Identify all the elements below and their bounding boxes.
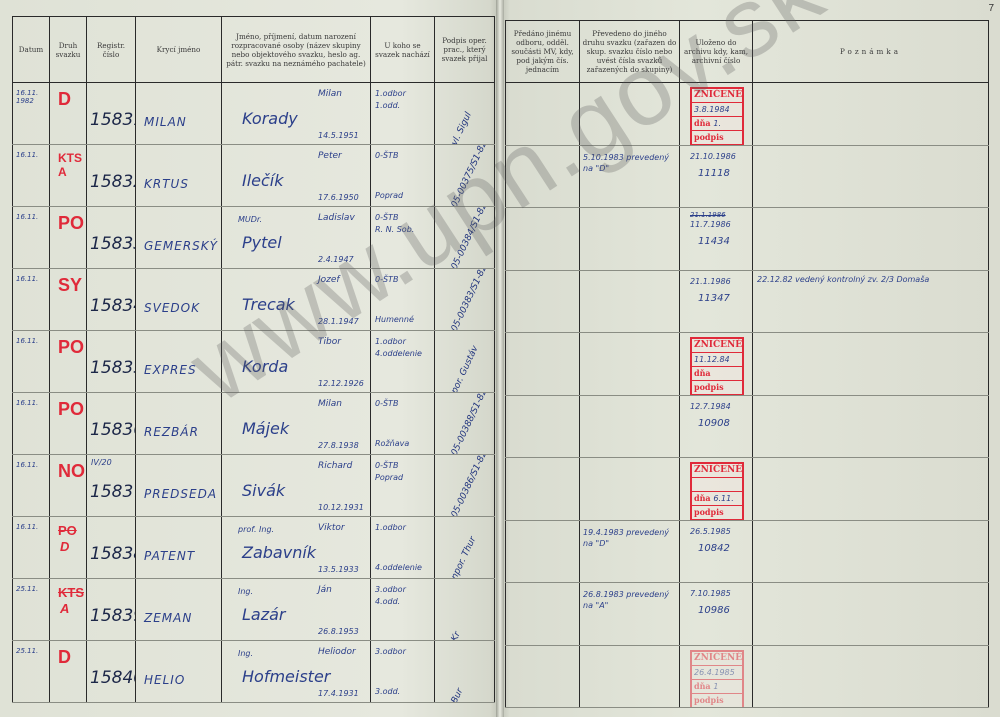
holder-location: 4.oddelenie [375, 349, 422, 358]
entry-date: 25.11. [16, 585, 48, 593]
holder-location: 4.odd. [375, 597, 400, 606]
reg-note: IV/20 [91, 458, 112, 467]
stamp-day-value: 1. [713, 119, 721, 128]
converted-info: 5.10.1983 prevedený na "D" [583, 152, 677, 174]
entry-date: 16.11. [16, 523, 48, 531]
archive-date: 21.1.1986 [690, 277, 731, 286]
holder-unit: 3.odbor [375, 647, 406, 656]
holder-unit: 1.odbor [375, 523, 406, 532]
stamp-day-label: dňa [694, 368, 711, 378]
holder-unit: 3.odbor [375, 585, 406, 594]
table-row: 16.11. SY 15834 SVEDOK Jozef Trecak 28.1… [13, 269, 495, 331]
cover-name: MILAN [144, 115, 187, 129]
officer-signature: 05-00388/S1-82 [450, 399, 484, 455]
archive-number: 10842 [698, 543, 730, 554]
holder-location: 4.oddelenie [375, 563, 422, 572]
officer-signature: 05-00386/S1-82 [450, 461, 484, 517]
archive-date: 21.10.1986 [690, 152, 736, 161]
table-row: 25.11. KTS A 15839 ZEMAN Ing. Ján Lazár … [13, 579, 495, 641]
person-surname: Sivák [242, 481, 285, 500]
person-surname: Lazár [242, 605, 286, 624]
table-row: 16.11. PO 15833 GEMERSKÝ MUDr. Ladislav … [13, 207, 495, 269]
cover-name: SVEDOK [144, 301, 200, 315]
person-birth-date: 27.8.1938 [318, 441, 359, 450]
officer-signature: por. Gustáv [450, 337, 484, 393]
holder-location: 3.odd. [375, 687, 400, 696]
person-title: MUDr. [238, 215, 262, 224]
type-code: D [58, 647, 71, 668]
archive-date: 7.10.1985 [690, 589, 731, 598]
header-type: Druh svazku [50, 17, 87, 83]
stamp-title: ZNIČENÉ [692, 652, 742, 666]
holder-unit: 1.odbor [375, 337, 406, 346]
reg-number: 15839 [90, 606, 136, 626]
table-row: 21.1.1986 11.7.1986 11434 [506, 208, 989, 271]
destroyed-stamp: ZNIČENÉ dňa 6.11. podpis [690, 462, 744, 520]
person-first-name: Heliodor [318, 647, 356, 657]
converted-info: 19.4.1983 prevedený na "D" [583, 527, 677, 549]
cover-name: REZBÁR [144, 425, 199, 439]
type-code-new: D [60, 539, 69, 554]
stamp-sign-label: podpis [692, 506, 742, 519]
entry-date: 16.11. [16, 213, 48, 221]
officer-signature: Bur [450, 647, 484, 703]
officer-signature: 05-00375/S1-82 [450, 151, 484, 207]
officer-signature: 05-00384/S1-82 [450, 213, 484, 269]
stamp-sign-label: podpis [692, 381, 742, 394]
stamp-sign-label: podpis [692, 131, 742, 144]
officer-signature: Kr [450, 585, 484, 641]
table-row: 16.11. PO D 15838 PATENT prof. Ing. Vikt… [13, 517, 495, 579]
header-signature: Podpis oper. prac., který svazek přijal [435, 17, 495, 83]
type-code: KTS A [58, 151, 86, 179]
table-row: 26.8.1983 prevedený na "A" 7.10.1985 109… [506, 583, 989, 646]
reg-number: 15831 [90, 110, 136, 130]
holder-location: Humenné [375, 315, 414, 324]
table-row: 16.11. KTS A 15832 KRTUS Peter Ilečík 17… [13, 145, 495, 207]
type-code-struck: PO [58, 523, 77, 538]
note-text: 22.12.82 vedený kontrolný zv. 2/3 Domaša [757, 275, 929, 284]
stamp-title: ZNIČENÉ [692, 464, 742, 478]
person-first-name: Milan [318, 89, 342, 99]
cover-name: PATENT [144, 549, 195, 563]
entry-date: 16.11. [16, 151, 48, 159]
table-row: 16.11. PO 15835 EXPRES Tibor Korda 12.12… [13, 331, 495, 393]
table-row: 12.7.1984 10908 [506, 395, 989, 458]
holder-unit: 0-ŠTB [375, 151, 398, 160]
stamp-day-label: dňa [694, 681, 711, 691]
person-first-name: Jozef [318, 275, 340, 285]
person-surname: Hofmeister [242, 667, 330, 686]
entry-date: 16.11. [16, 337, 48, 345]
reg-number: 15838 [90, 544, 136, 564]
holder-location: R. N. Sob. [375, 225, 414, 234]
entry-date: 16.11. 1982 [16, 89, 48, 105]
header-person: Jméno, příjmení, datum narození rozpraco… [222, 17, 371, 83]
person-birth-date: 28.1.1947 [318, 317, 359, 326]
archive-date-struck: 21.1.1986 [690, 211, 726, 219]
cover-name: ZEMAN [144, 611, 192, 625]
person-birth-date: 13.5.1933 [318, 565, 359, 574]
reg-number: 15833 [90, 234, 136, 254]
header-archived: Uloženo do archivu kdy, kam, archivní čí… [680, 21, 753, 83]
header-holder: U koho se svazek nachází [371, 17, 435, 83]
holder-unit: 1.odbor [375, 89, 406, 98]
book-gutter [496, 0, 504, 717]
holder-location: 1.odd. [375, 101, 400, 110]
table-row: 25.11. D 15840 HELIO Ing. Heliodor Hofme… [13, 641, 495, 703]
type-code-new: A [60, 601, 69, 616]
reg-number: 15834 [90, 296, 136, 316]
table-row: 16.11. NO IV/20 15837 PREDSEDA Richard S… [13, 455, 495, 517]
entry-date: 16.11. [16, 461, 48, 469]
destroyed-stamp: ZNIČENÉ 11.12.84 dňa podpis [690, 337, 744, 395]
archive-date: 12.7.1984 [690, 402, 731, 411]
cover-name: EXPRES [144, 363, 197, 377]
reg-number: 15832 [90, 172, 136, 192]
type-code: SY [58, 275, 82, 296]
reg-number: 15836 [90, 420, 136, 440]
cover-name: KRTUS [144, 177, 189, 191]
person-surname: Trecak [242, 295, 295, 314]
type-code: PO [58, 213, 84, 234]
header-note: Poznámka [753, 21, 989, 83]
holder-unit: 0-ŠTB [375, 461, 398, 470]
person-first-name: Tibor [318, 337, 341, 347]
type-code-struck: KTS [58, 585, 84, 600]
person-first-name: Viktor [318, 523, 345, 533]
left-page-register-table: Datum Druh svazku Registr. číslo Krycí j… [12, 16, 495, 703]
person-birth-date: 17.6.1950 [318, 193, 359, 202]
stamp-sign-label: podpis [692, 694, 742, 707]
stamp-day-label: dňa [694, 493, 711, 503]
table-row: ZNIČENÉ dňa 6.11. podpis [506, 458, 989, 521]
type-code: D [58, 89, 71, 110]
person-first-name: Richard [318, 461, 352, 471]
entry-date: 16.11. [16, 275, 48, 283]
table-row: 16.11. PO 15836 REZBÁR Milan Májek 27.8.… [13, 393, 495, 455]
person-surname: Ilečík [242, 171, 284, 190]
table-row: 21.1.1986 11347 22.12.82 vedený kontroln… [506, 270, 989, 333]
person-birth-date: 10.12.1931 [318, 503, 364, 512]
person-birth-date: 26.8.1953 [318, 627, 359, 636]
header-date: Datum [13, 17, 50, 83]
person-first-name: Ján [318, 585, 332, 595]
stamp-date: 26.4.1985 [692, 666, 742, 680]
stamp-date [692, 478, 742, 492]
cover-name: HELIO [144, 673, 185, 687]
person-title: Ing. [238, 649, 253, 658]
person-birth-date: 2.4.1947 [318, 255, 354, 264]
archive-number: 11347 [698, 293, 730, 304]
person-birth-date: 14.5.1951 [318, 131, 359, 140]
holder-unit: 0-ŠTB [375, 275, 398, 284]
person-surname: Korady [242, 109, 298, 128]
person-birth-date: 12.12.1926 [318, 379, 364, 388]
table-row: 19.4.1983 prevedený na "D" 26.5.1985 108… [506, 520, 989, 583]
stamp-date: 11.12.84 [692, 353, 742, 367]
person-title: Ing. [238, 587, 253, 596]
table-row: ZNIČENÉ 3.8.1984 dňa 1. podpis [506, 83, 989, 146]
person-first-name: Ladislav [318, 213, 355, 223]
holder-location: Rožňava [375, 439, 409, 448]
officer-signature: npor. Thur [450, 523, 484, 579]
cover-name: PREDSEDA [144, 487, 217, 501]
stamp-title: ZNIČENÉ [692, 89, 742, 103]
reg-number: 15837 [90, 482, 136, 502]
destroyed-stamp: ZNIČENÉ 26.4.1985 dňa 1 podpis [690, 650, 744, 708]
archive-number: 11434 [698, 236, 730, 247]
entry-date: 16.11. [16, 399, 48, 407]
holder-unit: 0-ŠTB [375, 213, 398, 222]
officer-signature: vl. Sigul [450, 89, 484, 145]
table-row: ZNIČENÉ 11.12.84 dňa podpis [506, 333, 989, 396]
stamp-day-label: dňa [694, 118, 711, 128]
entry-date: 25.11. [16, 647, 48, 655]
person-surname: Korda [242, 357, 288, 376]
holder-unit: 0-ŠTB [375, 399, 398, 408]
archive-date: 11.7.1986 [690, 220, 731, 229]
reg-number: 15835 [90, 358, 136, 378]
destroyed-stamp: ZNIČENÉ 3.8.1984 dňa 1. podpis [690, 87, 744, 145]
officer-signature: 05-00383/S1-82 [450, 275, 484, 331]
table-row: 5.10.1983 prevedený na "D" 21.10.1986 11… [506, 145, 989, 208]
stamp-title: ZNIČENÉ [692, 339, 742, 353]
person-surname: Pytel [242, 233, 282, 252]
person-birth-date: 17.4.1931 [318, 689, 359, 698]
header-handed-over: Předáno jinému odboru, odděl. součásti M… [506, 21, 580, 83]
person-first-name: Milan [318, 399, 342, 409]
holder-location: Poprad [375, 473, 403, 482]
person-surname: Májek [242, 419, 289, 438]
type-code: PO [58, 337, 84, 358]
header-converted: Převedeno do jiného druhu svazku (zařaze… [580, 21, 680, 83]
page-number: 7 [988, 3, 994, 14]
cover-name: GEMERSKÝ [144, 239, 218, 253]
stamp-day-value: 6.11. [713, 494, 733, 503]
converted-info: 26.8.1983 prevedený na "A" [583, 589, 677, 611]
table-row: 16.11. 1982 D 15831 MILAN Milan Korady 1… [13, 83, 495, 145]
stamp-day-value: 1 [713, 682, 718, 691]
reg-number: 15840 [90, 668, 136, 688]
archive-number: 10986 [698, 605, 730, 616]
holder-location: Poprad [375, 191, 403, 200]
archive-date: 26.5.1985 [690, 527, 731, 536]
person-title: prof. Ing. [238, 525, 274, 534]
type-code: PO [58, 399, 84, 420]
header-cover-name: Krycí jméno [136, 17, 222, 83]
header-reg-number: Registr. číslo [87, 17, 136, 83]
table-row: ZNIČENÉ 26.4.1985 dňa 1 podpis [506, 645, 989, 708]
stamp-date: 3.8.1984 [692, 103, 742, 117]
right-page-register-table: Předáno jinému odboru, odděl. součásti M… [505, 20, 989, 708]
archive-number: 11118 [698, 168, 730, 179]
person-surname: Zabavník [242, 543, 316, 562]
type-code: NO [58, 461, 85, 482]
person-first-name: Peter [318, 151, 342, 161]
archive-number: 10908 [698, 418, 730, 429]
